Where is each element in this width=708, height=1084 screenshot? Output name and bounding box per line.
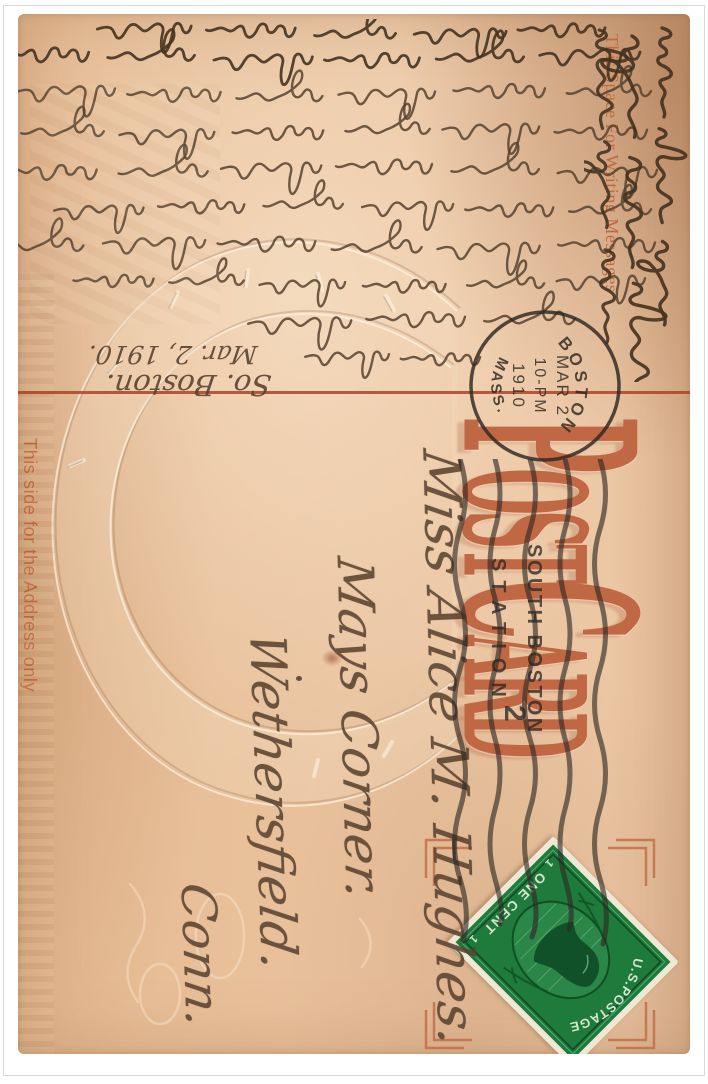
postcard-scan: This Space For Writing Messages This sid… <box>18 14 690 1054</box>
postmark-year: 1910 <box>509 363 528 409</box>
ink-speck <box>296 676 302 681</box>
paper-crease <box>30 84 220 324</box>
paper-stain <box>322 650 342 666</box>
cancellation-number: 2 <box>498 705 531 722</box>
address-line-4: Conn. <box>170 880 231 1031</box>
postmark-date: MAR 2 <box>553 355 572 417</box>
paper-wrinkles <box>18 274 54 1054</box>
postmark-time: 10-PM <box>531 357 548 414</box>
handwritten-dateline: So. Boston. Mar. 2, 1910. <box>43 332 271 400</box>
address-line-2: Mays Corner. <box>326 554 393 903</box>
dateline-date: Mar. 2, 1910. <box>41 341 273 369</box>
postmark-state: MASS. <box>487 355 512 418</box>
cancellation-line-2: STATION <box>487 558 509 706</box>
dateline-place: So. Boston. <box>41 368 273 400</box>
postcard-back: This Space For Writing Messages This sid… <box>18 14 690 1054</box>
scanned-postcard-page: { "scan": { "background": "#ffffff" }, "… <box>0 0 708 1084</box>
flag-cancellation: SOUTH BOSTON STATION 2 <box>432 459 632 1029</box>
boston-postmark: BOSTON MASS. MAR 2 10-PM 1910 <box>465 306 625 466</box>
